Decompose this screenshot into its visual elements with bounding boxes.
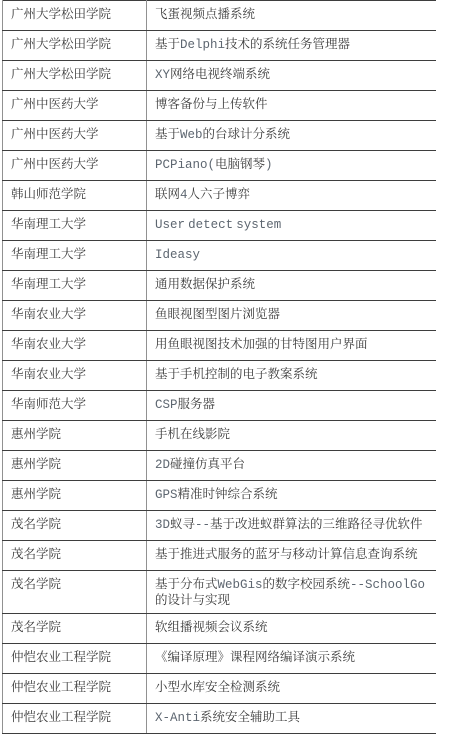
school-cell: 仲恺农业工程学院 [3, 644, 147, 674]
school-cell: 广州大学松田学院 [3, 61, 147, 91]
ascii-text: system [236, 218, 281, 232]
ascii-text: detect [188, 218, 233, 232]
project-cell: 用鱼眼视图技术加强的甘特图用户界面 [147, 331, 436, 361]
ascii-text: X-Anti [155, 711, 200, 725]
table-row: 茂名学院基于分布式WebGis的数字校园系统--SchoolGo的设计与实现 [3, 571, 436, 614]
project-cell: PCPiano(电脑钢琴) [147, 151, 436, 181]
table-row: 茂名学院3D蚁寻--基于改进蚁群算法的三维路径寻优软件 [3, 511, 436, 541]
table-row: 华南理工大学Ideasy [3, 241, 436, 271]
table-row: 广州大学松田学院基于Delphi技术的系统任务管理器 [3, 31, 436, 61]
project-cell: 通用数据保护系统 [147, 271, 436, 301]
school-cell: 广州大学松田学院 [3, 31, 147, 61]
table-row: 广州中医药大学博客备份与上传软件 [3, 91, 436, 121]
school-cell: 茂名学院 [3, 541, 147, 571]
project-cell: 2D碰撞仿真平台 [147, 451, 436, 481]
school-cell: 广州中医药大学 [3, 91, 147, 121]
table-row: 华南理工大学User detect system [3, 211, 436, 241]
school-cell: 华南理工大学 [3, 211, 147, 241]
ascii-text: WebGis [218, 578, 263, 592]
school-cell: 惠州学院 [3, 451, 147, 481]
school-cell: 广州大学松田学院 [3, 1, 147, 31]
document-page: 广州大学松田学院飞蛋视频点播系统 广州大学松田学院基于Delphi技术的系统任务… [0, 0, 450, 740]
table-row: 惠州学院手机在线影院 [3, 421, 436, 451]
ascii-text: --SchoolGo [350, 578, 425, 592]
table-row: 广州中医药大学PCPiano(电脑钢琴) [3, 151, 436, 181]
project-cell: 博客备份与上传软件 [147, 91, 436, 121]
ascii-text: Web [180, 128, 203, 142]
ascii-text: Delphi [180, 38, 225, 52]
project-cell: 基于手机控制的电子教案系统 [147, 361, 436, 391]
table-row: 韩山师范学院联网4人六子博弈 [3, 181, 436, 211]
project-cell: 软组播视频会议系统 [147, 614, 436, 644]
table-row: 广州大学松田学院XY网络电视终端系统 [3, 61, 436, 91]
project-cell: 基于推进式服务的蓝牙与移动计算信息查询系统 [147, 541, 436, 571]
table-row: 仲恺农业工程学院小型水库安全检测系统 [3, 674, 436, 704]
ascii-text: GPS [155, 488, 178, 502]
project-cell: Ideasy [147, 241, 436, 271]
project-cell: 基于分布式WebGis的数字校园系统--SchoolGo的设计与实现 [147, 571, 436, 614]
ascii-text: 2D [155, 458, 170, 472]
table-row: 茂名学院软组播视频会议系统 [3, 614, 436, 644]
school-cell: 华南理工大学 [3, 241, 147, 271]
project-cell: 手机在线影院 [147, 421, 436, 451]
table-row: 华南理工大学通用数据保护系统 [3, 271, 436, 301]
table-row: 仲恺农业工程学院X-Anti系统安全辅助工具 [3, 704, 436, 734]
project-cell: User detect system [147, 211, 436, 241]
ascii-text: User [155, 218, 185, 232]
school-cell: 华南农业大学 [3, 301, 147, 331]
school-cell: 华南农业大学 [3, 331, 147, 361]
table-row: 广州中医药大学基于Web的台球计分系统 [3, 121, 436, 151]
school-cell: 仲恺农业工程学院 [3, 704, 147, 734]
project-cell: 小型水库安全检测系统 [147, 674, 436, 704]
ascii-text: 3D [155, 518, 170, 532]
table-row: 华南农业大学鱼眼视图型图片浏览器 [3, 301, 436, 331]
table-row: 惠州学院2D碰撞仿真平台 [3, 451, 436, 481]
school-cell: 华南理工大学 [3, 271, 147, 301]
ascii-text: ) [265, 158, 273, 172]
project-cell: 基于Delphi技术的系统任务管理器 [147, 31, 436, 61]
school-cell: 韩山师范学院 [3, 181, 147, 211]
project-cell: X-Anti系统安全辅助工具 [147, 704, 436, 734]
project-cell: 《编译原理》课程网络编译演示系统 [147, 644, 436, 674]
project-cell: 基于Web的台球计分系统 [147, 121, 436, 151]
school-cell: 茂名学院 [3, 511, 147, 541]
school-cell: 茂名学院 [3, 614, 147, 644]
project-cell: 鱼眼视图型图片浏览器 [147, 301, 436, 331]
project-cell: GPS精准时钟综合系统 [147, 481, 436, 511]
project-cell: 联网4人六子博弈 [147, 181, 436, 211]
school-cell: 仲恺农业工程学院 [3, 674, 147, 704]
school-cell: 华南农业大学 [3, 361, 147, 391]
ascii-text: CSP [155, 398, 178, 412]
ascii-text: XY [155, 68, 170, 82]
table-row: 茂名学院基于推进式服务的蓝牙与移动计算信息查询系统 [3, 541, 436, 571]
ascii-text: -- [195, 518, 210, 532]
school-cell: 茂名学院 [3, 571, 147, 614]
project-cell: 飞蛋视频点播系统 [147, 1, 436, 31]
ascii-text: 4 [180, 188, 188, 202]
school-cell: 惠州学院 [3, 421, 147, 451]
projects-table: 广州大学松田学院飞蛋视频点播系统 广州大学松田学院基于Delphi技术的系统任务… [2, 0, 436, 734]
table-row: 惠州学院GPS精准时钟综合系统 [3, 481, 436, 511]
table-row: 仲恺农业工程学院《编译原理》课程网络编译演示系统 [3, 644, 436, 674]
table-row: 华南师范大学CSP服务器 [3, 391, 436, 421]
table-row: 华南农业大学用鱼眼视图技术加强的甘特图用户界面 [3, 331, 436, 361]
school-cell: 广州中医药大学 [3, 121, 147, 151]
project-cell: XY网络电视终端系统 [147, 61, 436, 91]
project-cell: 3D蚁寻--基于改进蚁群算法的三维路径寻优软件 [147, 511, 436, 541]
table-row: 广州大学松田学院飞蛋视频点播系统 [3, 1, 436, 31]
table-row: 华南农业大学基于手机控制的电子教案系统 [3, 361, 436, 391]
project-cell: CSP服务器 [147, 391, 436, 421]
school-cell: 华南师范大学 [3, 391, 147, 421]
ascii-text: PCPiano( [155, 158, 215, 172]
school-cell: 广州中医药大学 [3, 151, 147, 181]
ascii-text: Ideasy [155, 248, 200, 262]
school-cell: 惠州学院 [3, 481, 147, 511]
